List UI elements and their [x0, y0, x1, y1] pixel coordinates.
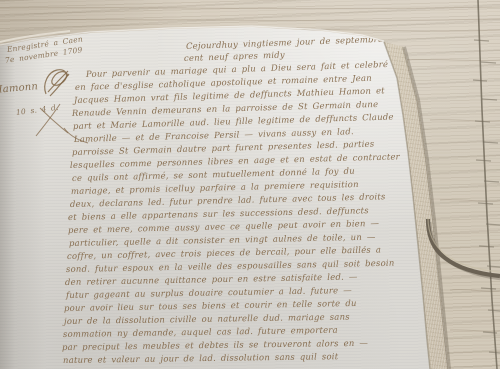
margin-signature: Hamonn: [0, 82, 39, 96]
manuscript-line: nature et valeur au jour de lad. dissolu…: [63, 353, 338, 365]
margin-note-fee: 10 s. 4 d.: [16, 104, 59, 117]
manuscript-line: futur gageant au surplus douaire coutumi…: [66, 287, 352, 300]
manuscript-line: sommation ny demande, auquel cas lad. fu…: [63, 327, 338, 340]
manuscript-line: jour de la dissolution civille ou nature…: [64, 314, 350, 327]
photo-of-manuscript: Enregistré a Caen 7e novembre 1709 Hamon…: [0, 0, 500, 369]
manuscript-line: pour avoir lieu sur tous ses biens et co…: [64, 300, 357, 314]
manuscript-line: par preciput les meubles et debtes ils s…: [62, 340, 368, 353]
heading-line: cent neuf apres midy: [184, 51, 285, 63]
manuscript-line: den retirer aucunne quittance pour en es…: [65, 273, 358, 287]
